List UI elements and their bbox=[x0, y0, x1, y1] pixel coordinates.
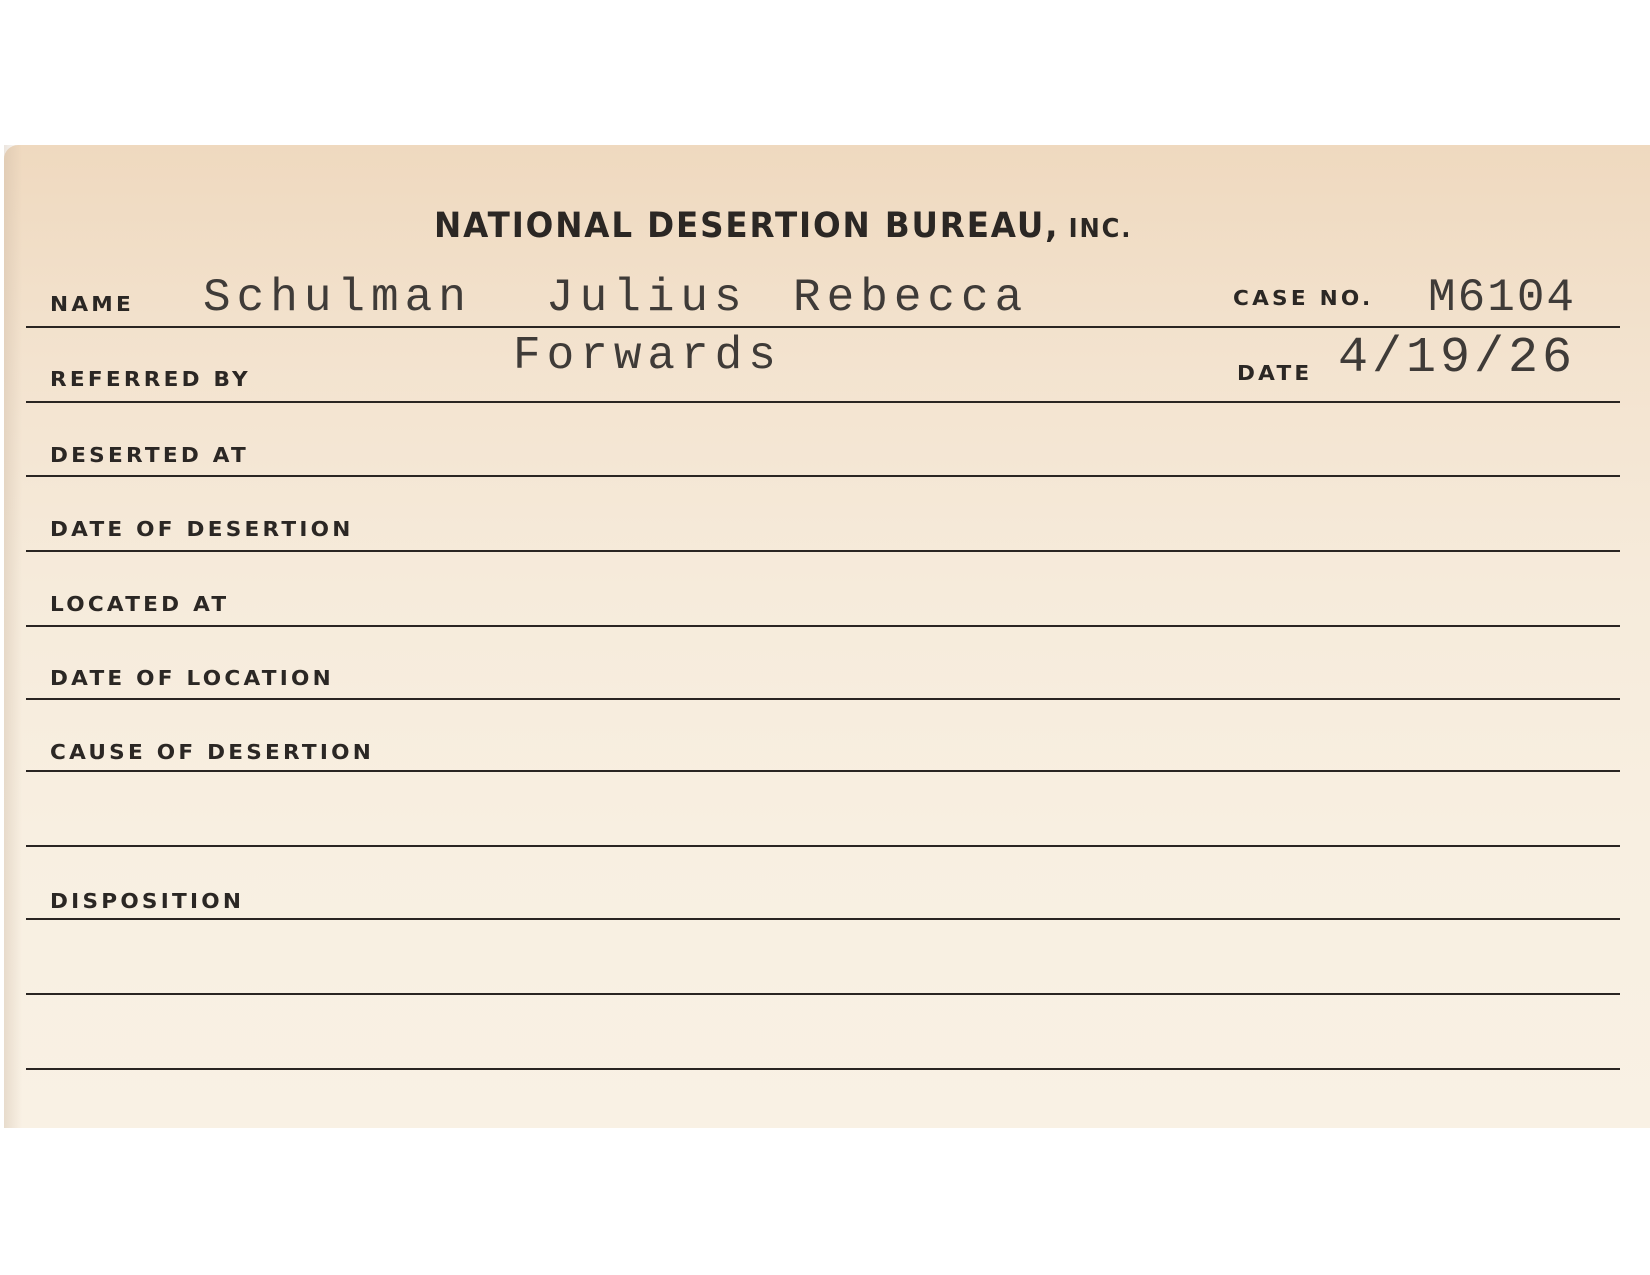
deserted-at-label: DESERTED AT bbox=[50, 443, 249, 467]
name-underline bbox=[26, 326, 1620, 328]
case-no-value: M6104 bbox=[1428, 272, 1576, 324]
located-at-underline[interactable] bbox=[26, 625, 1620, 627]
name-label: NAME bbox=[50, 292, 134, 316]
referred-by-value: Forwards bbox=[513, 330, 782, 382]
bureau-name: NATIONAL DESERTION BUREAU, bbox=[434, 206, 1059, 246]
date-value: 4/19/26 bbox=[1338, 330, 1576, 387]
case-no-label: CASE NO. bbox=[1233, 286, 1374, 310]
disposition-underline[interactable] bbox=[26, 918, 1620, 920]
name-second-value: Rebecca bbox=[793, 272, 1028, 324]
disposition-extra-line-2[interactable] bbox=[26, 1068, 1620, 1070]
name-first-value: Julius bbox=[546, 272, 748, 324]
disposition-extra-line-1[interactable] bbox=[26, 993, 1620, 995]
date-label: DATE bbox=[1237, 361, 1312, 385]
referred-by-underline bbox=[26, 401, 1620, 403]
card-title: NATIONAL DESERTION BUREAU,INC. bbox=[434, 206, 1132, 246]
cause-of-desertion-extra-line[interactable] bbox=[26, 845, 1620, 847]
date-of-location-label: DATE OF LOCATION bbox=[50, 666, 334, 690]
date-of-desertion-label: DATE OF DESERTION bbox=[50, 517, 354, 541]
cause-of-desertion-underline[interactable] bbox=[26, 770, 1620, 772]
bureau-inc: INC. bbox=[1069, 214, 1133, 244]
deserted-at-underline[interactable] bbox=[26, 475, 1620, 477]
date-of-desertion-underline[interactable] bbox=[26, 550, 1620, 552]
name-surname-value: Schulman bbox=[203, 272, 472, 324]
referred-by-label: REFERRED BY bbox=[50, 367, 251, 391]
located-at-label: LOCATED AT bbox=[50, 592, 229, 616]
cause-of-desertion-label: CAUSE OF DESERTION bbox=[50, 740, 374, 764]
disposition-label: DISPOSITION bbox=[50, 889, 244, 913]
date-of-location-underline[interactable] bbox=[26, 698, 1620, 700]
